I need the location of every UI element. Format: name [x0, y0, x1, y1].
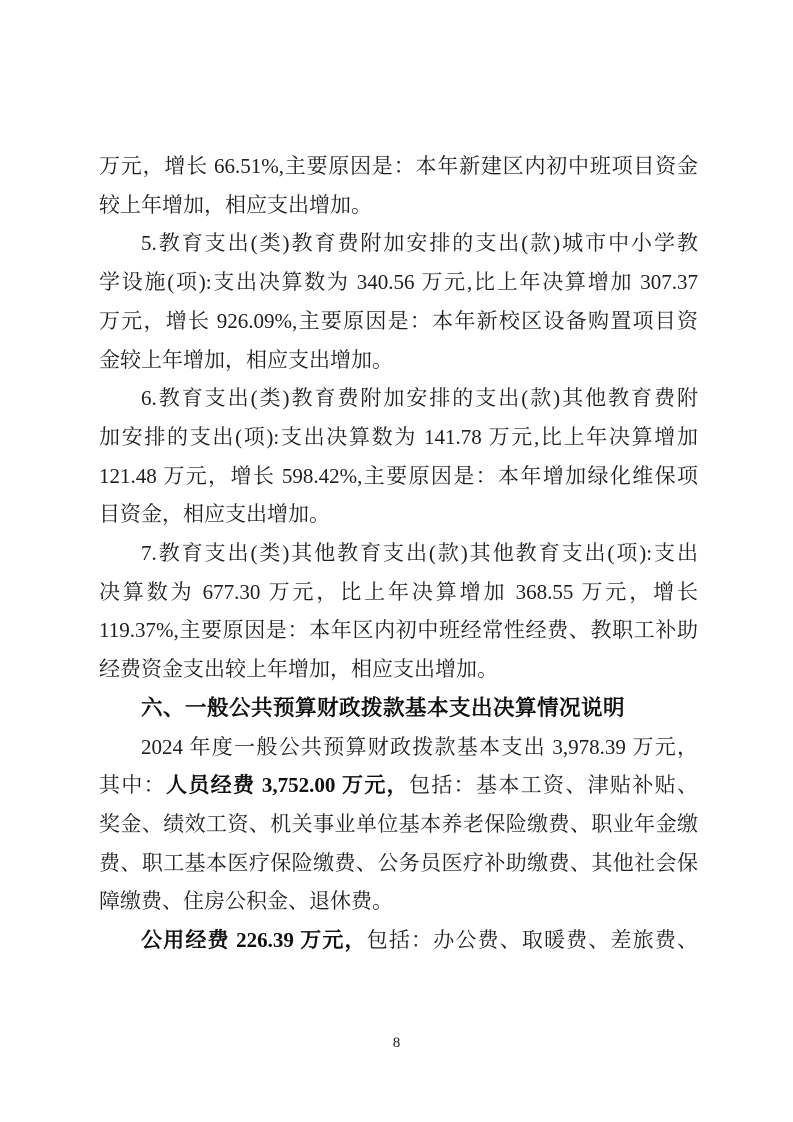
text-line: 障缴费、住房公积金、退休费。	[99, 882, 698, 921]
text-segment: 6.教育支出(类)教育费附加安排的支出(款)其他教育费附	[141, 386, 698, 410]
text-segment: 学设施(项):支出决算数为 340.56 万元,比上年决算增加 307.37	[99, 270, 698, 294]
text-segment: 奖金、绩效工资、机关事业单位基本养老保险缴费、职业年金缴	[99, 812, 698, 836]
text-line: 奖金、绩效工资、机关事业单位基本养老保险缴费、职业年金缴	[99, 805, 698, 844]
text-segment: 121.48 万元，增长 598.42%,主要原因是：本年增加绿化维保项	[99, 464, 698, 488]
text-line: 公用经费 226.39 万元，包括：办公费、取暖费、差旅费、	[99, 921, 698, 960]
document-page: 万元，增长 66.51%,主要原因是：本年新建区内初中班项目资金较上年增加，相应…	[0, 0, 793, 1122]
text-line: 119.37%,主要原因是：本年区内初中班经常性经费、教职工补助	[99, 611, 698, 650]
text-segment: 决算数为 677.30 万元，比上年决算增加 368.55 万元，增长	[99, 580, 698, 604]
document-body: 万元，增长 66.51%,主要原因是：本年新建区内初中班项目资金较上年增加，相应…	[99, 147, 698, 960]
page-number: 8	[0, 1035, 793, 1052]
text-line: 6.教育支出(类)教育费附加安排的支出(款)其他教育费附	[99, 379, 698, 418]
section-heading: 六、一般公共预算财政拨款基本支出决算情况说明	[99, 689, 698, 728]
text-line: 决算数为 677.30 万元，比上年决算增加 368.55 万元，增长	[99, 573, 698, 612]
text-line: 学设施(项):支出决算数为 340.56 万元,比上年决算增加 307.37	[99, 263, 698, 302]
text-line: 加安排的支出(项):支出决算数为 141.78 万元,比上年决算增加	[99, 418, 698, 457]
text-segment: 包括：办公费、取暖费、差旅费、	[367, 928, 698, 952]
emphasized-text: 人员经费 3,752.00 万元，	[166, 773, 409, 797]
emphasized-text: 六、一般公共预算财政拨款基本支出决算情况说明	[141, 696, 625, 720]
text-segment: 5.教育支出(类)教育费附加安排的支出(款)城市中小学教	[141, 231, 698, 255]
text-segment: 费、职工基本医疗保险缴费、公务员医疗补助缴费、其他社会保	[99, 851, 698, 875]
text-line: 其中：人员经费 3,752.00 万元，包括：基本工资、津贴补贴、	[99, 766, 698, 805]
text-line: 经费资金支出较上年增加，相应支出增加。	[99, 650, 698, 689]
text-line: 2024 年度一般公共预算财政拨款基本支出 3,978.39 万元，	[99, 728, 698, 767]
text-segment: 包括：基本工资、津贴补贴、	[409, 773, 698, 797]
text-segment: 其中：	[99, 773, 166, 797]
text-line: 万元，增长 926.09%,主要原因是：本年新校区设备购置项目资	[99, 302, 698, 341]
text-line: 121.48 万元，增长 598.42%,主要原因是：本年增加绿化维保项	[99, 457, 698, 496]
text-segment: 119.37%,主要原因是：本年区内初中班经常性经费、教职工补助	[99, 618, 698, 642]
text-line: 5.教育支出(类)教育费附加安排的支出(款)城市中小学教	[99, 224, 698, 263]
text-segment: 加安排的支出(项):支出决算数为 141.78 万元,比上年决算增加	[99, 425, 698, 449]
text-line: 金较上年增加，相应支出增加。	[99, 341, 698, 380]
text-segment: 7.教育支出(类)其他教育支出(款)其他教育支出(项):支出	[141, 541, 698, 565]
text-line: 7.教育支出(类)其他教育支出(款)其他教育支出(项):支出	[99, 534, 698, 573]
text-line: 万元，增长 66.51%,主要原因是：本年新建区内初中班项目资金	[99, 147, 698, 186]
text-line: 目资金，相应支出增加。	[99, 495, 698, 534]
text-segment: 2024 年度一般公共预算财政拨款基本支出 3,978.39 万元，	[141, 735, 698, 759]
text-segment: 万元，增长 66.51%,主要原因是：本年新建区内初中班项目资金	[99, 154, 698, 178]
text-segment: 障缴费、住房公积金、退休费。	[99, 889, 393, 913]
text-segment: 万元，增长 926.09%,主要原因是：本年新校区设备购置项目资	[99, 309, 698, 333]
text-line: 费、职工基本医疗保险缴费、公务员医疗补助缴费、其他社会保	[99, 844, 698, 883]
text-segment: 经费资金支出较上年增加，相应支出增加。	[99, 657, 498, 681]
emphasized-text: 公用经费 226.39 万元，	[141, 928, 367, 952]
text-line: 较上年增加，相应支出增加。	[99, 186, 698, 225]
text-segment: 目资金，相应支出增加。	[99, 502, 330, 526]
text-segment: 较上年增加，相应支出增加。	[99, 193, 372, 217]
text-segment: 金较上年增加，相应支出增加。	[99, 348, 393, 372]
